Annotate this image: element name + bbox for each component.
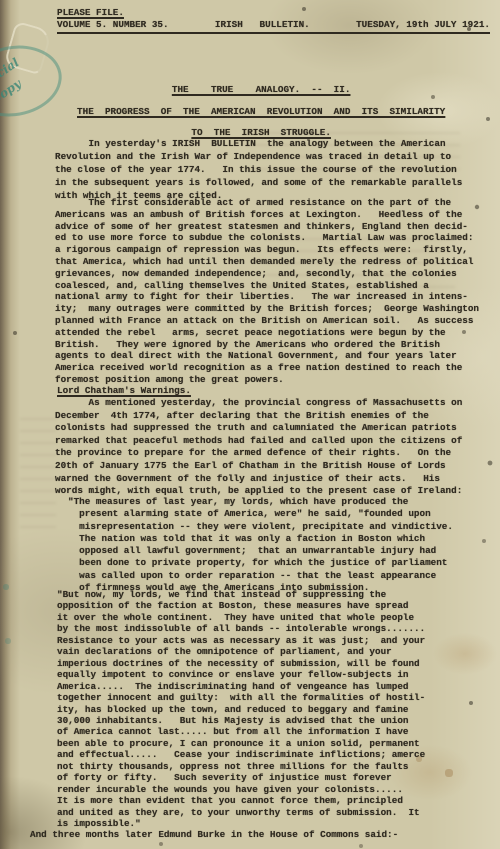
issue-date: TUESDAY, 19th JULY 1921. <box>356 19 490 30</box>
ink-bleed-through <box>20 408 56 528</box>
closing-line-burke: And three months later Edmund Burke in t… <box>30 829 470 840</box>
publication-title: IRISH BULLETIN. <box>215 19 310 30</box>
scanned-document-page: Official Copy PLEASE FILE. VOLUME 5. NUM… <box>0 0 500 849</box>
please-file-note: PLEASE FILE. <box>57 7 124 18</box>
section-heading-lord-chathams-warnings: Lord Chatham's Warnings. <box>57 385 191 396</box>
chatham-quote-paragraph-2: "But now, my lords, we find that instead… <box>57 589 452 830</box>
paper-specks <box>0 0 2 2</box>
body-paragraph-2: The first considerable act of armed resi… <box>55 197 491 386</box>
chatham-quote-paragraph-1: "The measures of last year, my lords, wh… <box>68 496 458 594</box>
volume-number: VOLUME 5. NUMBER 35. <box>57 19 169 30</box>
masthead-row: VOLUME 5. NUMBER 35. IRISH BULLETIN. TUE… <box>57 19 490 34</box>
body-paragraph-3: As mentioned yesterday, the provincial c… <box>55 397 475 498</box>
body-paragraph-1: In yesterday's IRISH BULLETIN the analog… <box>55 137 475 202</box>
